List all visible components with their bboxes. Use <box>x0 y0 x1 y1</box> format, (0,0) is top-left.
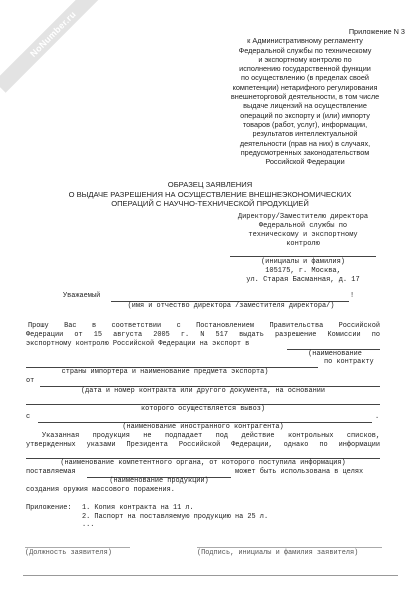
appendix-line: Приложение N 3 <box>205 27 405 36</box>
appendix-line: деятельности (прав на них) в случаях, <box>205 139 405 148</box>
notice-line-2: утвержденных указами Президента Российск… <box>26 441 380 450</box>
appendix-line: предусмотренных законодательством <box>205 148 405 157</box>
appendix-line: исполнению государственной функции <box>205 64 405 73</box>
may-be-used-label: может быть использована в целях <box>235 468 363 477</box>
attachment-item: 2. Паспорт на поставляемую продукцию на … <box>82 513 268 522</box>
appendix-line: Федеральной службы по техническому <box>205 46 405 55</box>
initials-field-line[interactable] <box>230 256 376 257</box>
initials-caption: (инициалы и фамилия) <box>230 258 376 267</box>
country-caption: страны импортера и наименование предмета… <box>55 368 275 377</box>
address-line: ул. Старая Басманная, д. 17 <box>230 276 376 285</box>
greeting-label: Уважаемый <box>63 292 100 301</box>
title-line: ОБРАЗЕЦ ЗАЯВЛЕНИЯ <box>0 180 420 190</box>
title-line: О ВЫДАЧЕ РАЗРЕШЕНИЯ НА ОСУЩЕСТВЛЕНИЕ ВНЕ… <box>0 190 420 200</box>
from-label: от <box>26 377 34 386</box>
by-contract-label: по контракту <box>324 358 374 367</box>
appendix-line: товаров (работ, услуг), информации, <box>205 120 405 129</box>
addressee-line: Директору/Заместителю директора <box>230 213 376 222</box>
appendix-line: Российской Федерации <box>205 157 405 166</box>
addressee-line: техническому и экспортному <box>230 231 376 240</box>
attachment-item: 1. Копия контракта на 11 л. <box>82 504 194 513</box>
appendix-line: операций по экспорту и (или) импорту <box>205 111 405 120</box>
contract-caption: (дата и номер контракта или другого доку… <box>26 387 380 396</box>
authority-caption: (наименование компетентного органа, от к… <box>26 459 380 468</box>
bottom-divider <box>23 575 398 576</box>
appendix-line: внешнеторговой деятельности, в том числе <box>205 92 405 101</box>
watermark: NoNumber.ru <box>0 0 112 93</box>
period: . <box>375 413 379 422</box>
position-field-line[interactable] <box>25 547 130 548</box>
document-title: ОБРАЗЕЦ ЗАЯВЛЕНИЯ О ВЫДАЧЕ РАЗРЕШЕНИЯ НА… <box>0 180 420 209</box>
attachment-item: ... <box>82 521 94 530</box>
export-caption: которого осуществляется вывоз) <box>26 405 380 414</box>
appendix-line: выдаче лицензий на осуществление <box>205 101 405 110</box>
title-line: ОПЕРАЦИЙ С НАУЧНО-ТЕХНИЧЕСКОЙ ПРОДУКЦИЕЙ <box>0 199 420 209</box>
request-line-3: экспортному контролю Российской Федераци… <box>26 340 249 349</box>
addressee-block: Директору/Заместителю директора Федераль… <box>230 213 376 285</box>
greeting-caption: (имя и отчество директора /заместителя д… <box>111 302 351 311</box>
appendix-header: Приложение N 3 к Административному регла… <box>205 27 405 166</box>
greeting-exclamation: ! <box>350 292 354 301</box>
appendix-line: по осуществлению (в пределах своей <box>205 73 405 82</box>
signature-field-line[interactable] <box>197 547 382 548</box>
addressee-line: контролю <box>230 240 376 249</box>
position-caption: (Должность заявителя) <box>25 549 130 558</box>
attachments-label: Приложение: <box>26 504 72 513</box>
notice-line-1: Указанная продукция не подпадает под дей… <box>42 432 380 441</box>
appendix-line: компетенции) нетарифного регулирования <box>205 83 405 92</box>
appendix-line: и экспортному контролю по <box>205 55 405 64</box>
with-label: с <box>26 413 30 422</box>
appendix-line: результатов интеллектуальной <box>205 129 405 138</box>
appendix-line: к Административному регламенту <box>205 36 405 45</box>
request-line-2: Федерации от 15 августа 2005 г. N 517 вы… <box>26 331 380 340</box>
supplied-label: поставляемая <box>26 468 76 477</box>
product-caption: (наименование продукции) <box>87 477 231 486</box>
foreign-caption: (наименование иностранного контрагента) <box>26 423 380 432</box>
addressee-line: Федеральной службы по <box>230 222 376 231</box>
wmd-line: создания оружия массового поражения. <box>26 486 175 495</box>
address-line: 105175, г. Москва, <box>230 267 376 276</box>
signature-caption: (Подпись, инициалы и фамилия заявителя) <box>197 549 382 558</box>
request-line-1: Прошу Вас в соответствии с Постановление… <box>28 322 380 331</box>
